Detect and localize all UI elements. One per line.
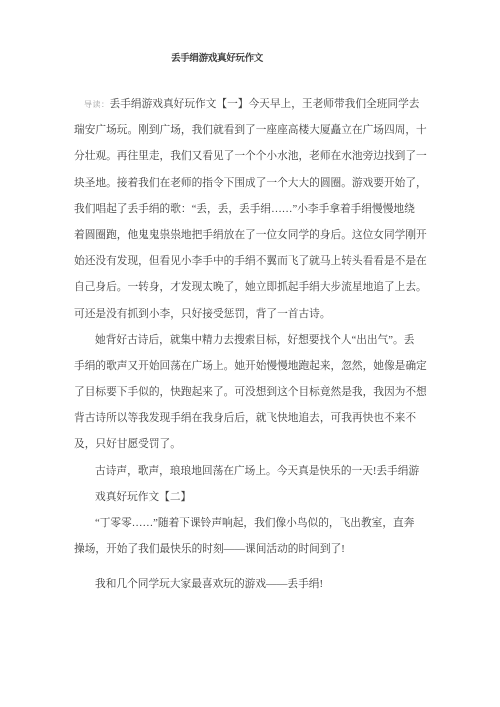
essay-line: “丁零零……”随着下课铃声响起，我们像小鸟似的，飞出教室，直奔	[74, 510, 430, 536]
essay-line: 她背好古诗后，就集中精力去搜索目标，好想要找个人“出出气”。丢	[74, 327, 430, 353]
essay-line: 背古诗所以等我发现手绢在我身后后，就飞快地追去，可我再快也不来不	[74, 405, 430, 431]
essay-line-text: 丢手绢游戏真好玩作文【一】今天早上，王老师带我们全班同学去	[110, 98, 420, 110]
essay-line: 自己身后。一转身，才发现太晚了，她立即抓起手绢大步流星地追了上去。	[74, 274, 430, 300]
essay-line: 可还是没有抓到小李，只好接受惩罚，背了一首古诗。	[74, 301, 430, 327]
essay-body: 导读：丢手绢游戏真好玩作文【一】今天早上，王老师带我们全班同学去 瑞安广场玩。刚…	[74, 91, 430, 598]
essay-line: 始还没有发现，但看见小李手中的手绢不翼而飞了就马上转头看看是不是在	[74, 248, 430, 274]
essay-line: 瑞安广场玩。刚到广场，我们就看到了一座座高楼大厦矗立在广场四周，十	[74, 117, 430, 143]
intro-label: 导读：	[84, 100, 110, 109]
essay-line: 及，只好甘愿受罚了。	[74, 431, 430, 457]
essay-title: 丢手绢游戏真好玩作文	[171, 53, 263, 65]
essay-line: 了目标要下手似的，快跑起来了。可没想到这个目标竟然是我，我因为不想	[74, 379, 430, 405]
essay-line: 块圣地。接着我们在老师的指令下围成了一个大大的圆圈。游戏要开始了，	[74, 170, 430, 196]
essay-line: 操场，开始了我们最快乐的时刻——课间活动的时间到了!	[74, 536, 430, 562]
essay-line: 导读：丢手绢游戏真好玩作文【一】今天早上，王老师带我们全班同学去	[74, 91, 430, 117]
essay-line: 古诗声，歌声，琅琅地回荡在广场上。今天真是快乐的一天!丢手绢游	[74, 458, 430, 484]
document-page: 丢手绢游戏真好玩作文 导读：丢手绢游戏真好玩作文【一】今天早上，王老师带我们全班…	[0, 0, 500, 707]
essay-line: 我们唱起了丢手绢的歌：“丢，丢，丢手绢……”小李手拿着手绢慢慢地绕	[74, 196, 430, 222]
essay-line: 着圆圈跑，他鬼鬼祟祟地把手绢放在了一位女同学的身后。这位女同学刚开	[74, 222, 430, 248]
essay-line: 我和几个同学玩大家最喜欢玩的游戏——丢手绢!	[74, 571, 430, 597]
essay-line: 手绢的歌声又开始回荡在广场上。她开始慢慢地跑起来，忽然，她像是确定	[74, 353, 430, 379]
essay-line: 分壮观。再往里走，我们又看见了一个个小水池，老师在水池旁边找到了一	[74, 143, 430, 169]
essay-line: 戏真好玩作文【二】	[74, 484, 430, 510]
